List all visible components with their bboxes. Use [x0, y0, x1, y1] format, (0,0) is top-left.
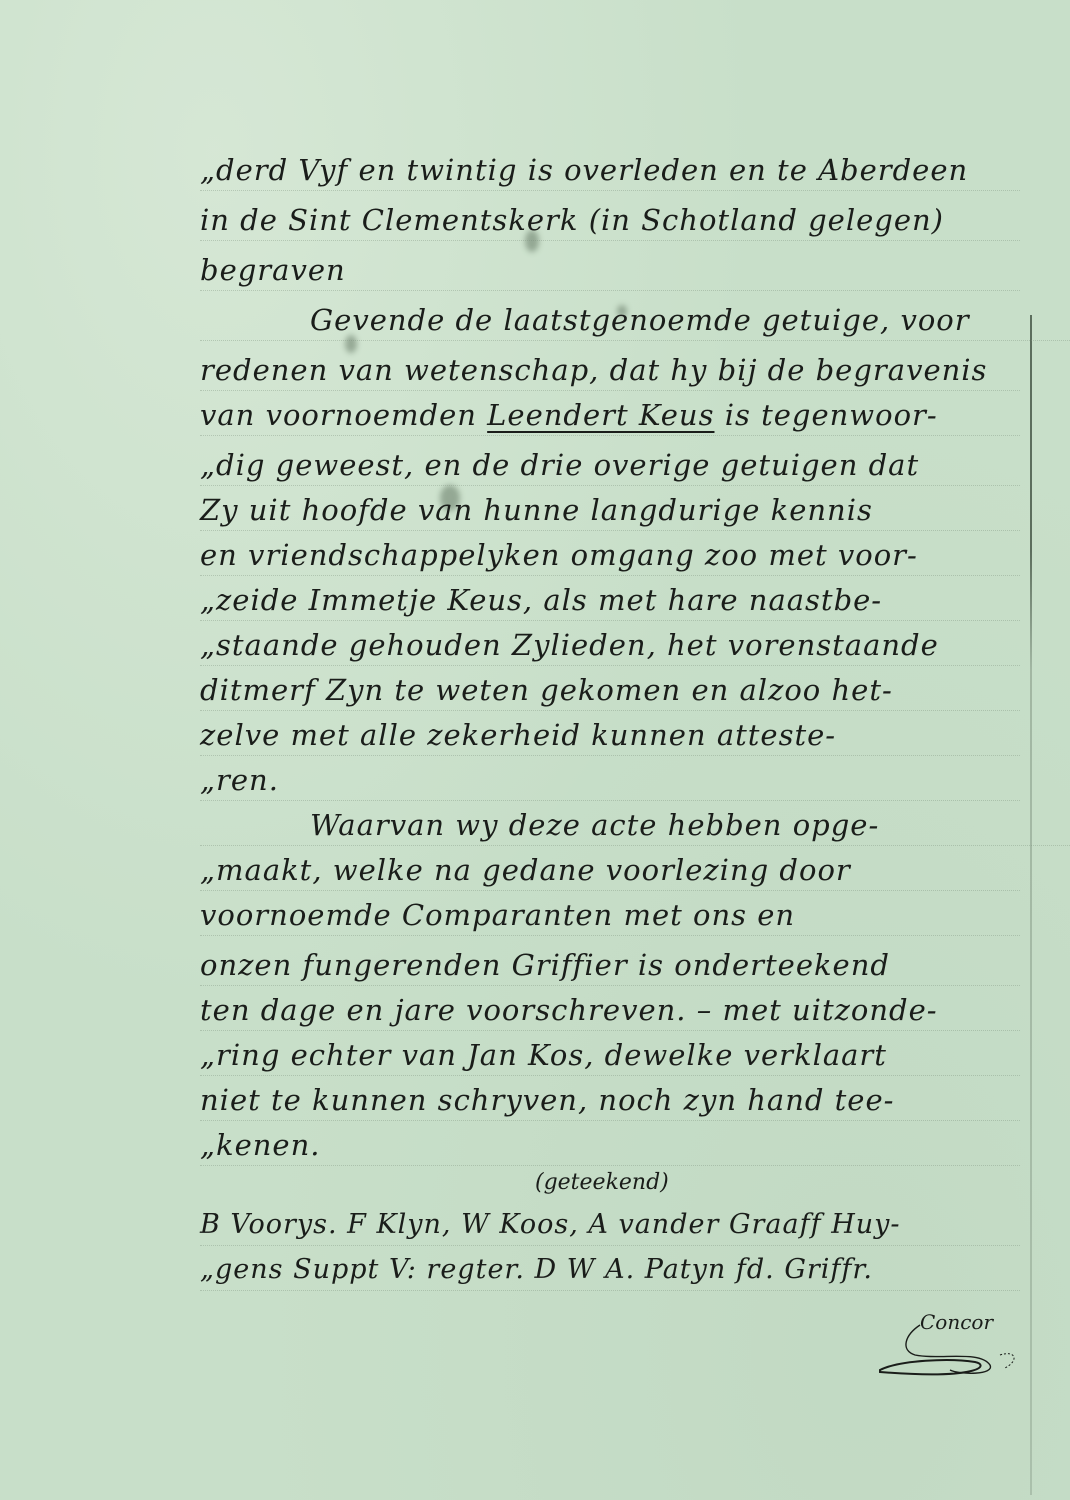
signed-label: (geteekend) — [535, 1170, 669, 1195]
document-page: „derd Vyf en twintig is overleden en te … — [0, 0, 1070, 1500]
text-line-15: Waarvan wy deze acte hebben opge- — [200, 805, 1070, 846]
text-line-1: „derd Vyf en twintig is overleden en te … — [200, 150, 1020, 191]
closing-mark: Concor — [920, 1310, 993, 1334]
text-line-16: „maakt, welke na gedane voorlezing door — [200, 850, 1020, 891]
text-line-19: ten dage en jare voorschreven. – met uit… — [200, 990, 1020, 1031]
text-line-21: niet te kunnen schryven, noch zyn hand t… — [200, 1080, 1020, 1121]
text-line-10: „zeide Immetje Keus, als met hare naastb… — [200, 580, 1020, 621]
text-line-6: van voornoemden Leendert Keus is tegenwo… — [200, 395, 1020, 436]
signature-line-1: B Voorys. F Klyn, W Koos, A vander Graaf… — [200, 1205, 1020, 1246]
text-line-13: zelve met alle zekerheid kunnen atteste- — [200, 715, 1020, 756]
text-line-11: „staande gehouden Zylieden, het vorensta… — [200, 625, 1020, 666]
text-line-18: onzen fungerenden Griffier is onderteeke… — [200, 945, 1020, 986]
text-line-5: redenen van wetenschap, dat hy bij de be… — [200, 350, 1020, 391]
text-line-17: voornoemde Comparanten met ons en — [200, 895, 1020, 936]
text-line-22: „kenen. — [200, 1125, 1020, 1166]
text-line-12: ditmerf Zyn te weten gekomen en alzoo he… — [200, 670, 1020, 711]
text-segment: van voornoemden — [200, 398, 477, 432]
underlined-name: Leendert Keus — [487, 398, 714, 432]
text-line-14: „ren. — [200, 760, 1020, 801]
text-line-20: „ring echter van Jan Kos, dewelke verkla… — [200, 1035, 1020, 1076]
text-line-8: Zy uit hoofde van hunne langdurige kenni… — [200, 490, 1020, 531]
closing-flourish: Concor — [860, 1310, 1030, 1385]
text-line-9: en vriendschappelyken omgang zoo met voo… — [200, 535, 1020, 576]
text-line-3: begraven — [200, 250, 1020, 291]
signature-line-2: „gens Suppt V: regter. D W A. Patyn fd. … — [200, 1250, 1020, 1291]
text-line-2: in de Sint Clementskerk (in Schotland ge… — [200, 200, 1020, 241]
right-margin-line — [1030, 315, 1032, 1495]
text-line-7: „dig geweest, en de drie overige getuige… — [200, 445, 1020, 486]
text-segment: is tegenwoor- — [725, 398, 938, 432]
text-line-4: Gevende de laatstgenoemde getuige, voor — [200, 300, 1070, 341]
